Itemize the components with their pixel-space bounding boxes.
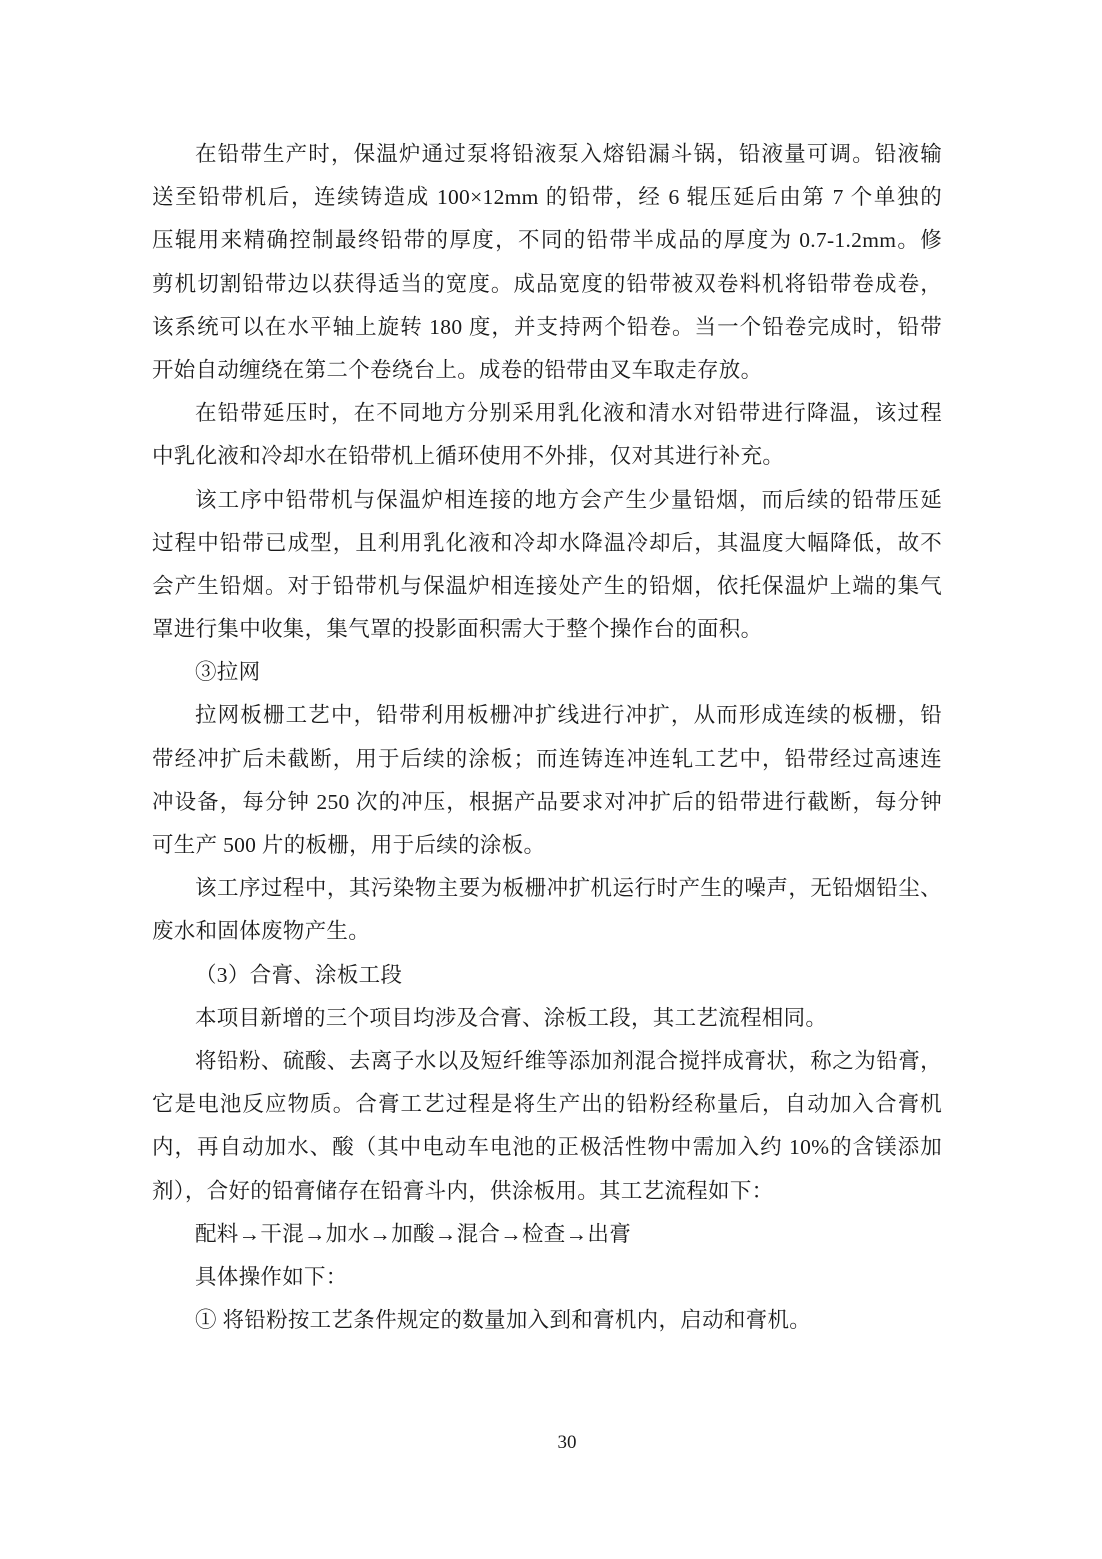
text-line: 配料→干混→加水→加酸→混合→检查→出膏 <box>152 1213 942 1256</box>
text-line: 带经冲扩后未截断，用于后续的涂板；而连铸连冲连轧工艺中，铅带经过高速连 <box>152 738 942 781</box>
text-line: 罩进行集中收集，集气罩的投影面积需大于整个操作台的面积。 <box>152 608 942 651</box>
text-line: 剪机切割铅带边以获得适当的宽度。成品宽度的铅带被双卷料机将铅带卷成卷， <box>152 263 942 306</box>
text-line: 中乳化液和冷却水在铅带机上循环使用不外排，仅对其进行补充。 <box>152 435 942 478</box>
text-line: 该系统可以在水平轴上旋转 180 度，并支持两个铅卷。当一个铅卷完成时，铅带 <box>152 306 942 349</box>
text-line: 会产生铅烟。对于铅带机与保温炉相连接处产生的铅烟，依托保温炉上端的集气 <box>152 565 942 608</box>
text-line: 送至铅带机后，连续铸造成 100×12mm 的铅带，经 6 辊压延后由第 7 个… <box>152 176 942 219</box>
paragraph: 该工序过程中，其污染物主要为板栅冲扩机运行时产生的噪声，无铅烟铅尘、废水和固体废… <box>152 867 942 953</box>
text-line: 拉网板栅工艺中，铅带利用板栅冲扩线进行冲扩，从而形成连续的板栅，铅 <box>152 694 942 737</box>
text-line: 它是电池反应物质。合膏工艺过程是将生产出的铅粉经称量后，自动加入合膏机 <box>152 1083 942 1126</box>
text-line: 内，再自动加水、酸（其中电动车电池的正极活性物中需加入约 10%的含镁添加 <box>152 1126 942 1169</box>
text-line: 过程中铅带已成型，且利用乳化液和冷却水降温冷却后，其温度大幅降低，故不 <box>152 522 942 565</box>
text-line: 具体操作如下： <box>152 1256 942 1299</box>
text-line: 废水和固体废物产生。 <box>152 910 942 953</box>
paragraph: ③拉网 <box>152 651 942 694</box>
document-page: 在铅带生产时，保温炉通过泵将铅液泵入熔铅漏斗锅，铅液量可调。铅液输送至铅带机后，… <box>0 0 1102 1559</box>
text-line: （3）合膏、涂板工段 <box>152 954 942 997</box>
text-line: 冲设备，每分钟 250 次的冲压，根据产品要求对冲扩后的铅带进行截断，每分钟 <box>152 781 942 824</box>
paragraph: 在铅带生产时，保温炉通过泵将铅液泵入熔铅漏斗锅，铅液量可调。铅液输送至铅带机后，… <box>152 133 942 392</box>
text-line: 在铅带生产时，保温炉通过泵将铅液泵入熔铅漏斗锅，铅液量可调。铅液输 <box>152 133 942 176</box>
paragraph: 在铅带延压时，在不同地方分别采用乳化液和清水对铅带进行降温，该过程中乳化液和冷却… <box>152 392 942 478</box>
text-line: 压辊用来精确控制最终铅带的厚度，不同的铅带半成品的厚度为 0.7-1.2mm。修 <box>152 219 942 262</box>
paragraph: 该工序中铅带机与保温炉相连接的地方会产生少量铅烟，而后续的铅带压延过程中铅带已成… <box>152 479 942 652</box>
text-line: 可生产 500 片的板栅，用于后续的涂板。 <box>152 824 942 867</box>
text-line: ③拉网 <box>152 651 942 694</box>
text-line: 开始自动缠绕在第二个卷绕台上。成卷的铅带由叉车取走存放。 <box>152 349 942 392</box>
text-line: ① 将铅粉按工艺条件规定的数量加入到和膏机内，启动和膏机。 <box>152 1299 942 1342</box>
paragraph: 本项目新增的三个项目均涉及合膏、涂板工段，其工艺流程相同。 <box>152 997 942 1040</box>
text-line: 剂），合好的铅膏储存在铅膏斗内，供涂板用。其工艺流程如下： <box>152 1170 942 1213</box>
text-line: 在铅带延压时，在不同地方分别采用乳化液和清水对铅带进行降温，该过程 <box>152 392 942 435</box>
paragraph: 配料→干混→加水→加酸→混合→检查→出膏 <box>152 1213 942 1256</box>
text-line: 本项目新增的三个项目均涉及合膏、涂板工段，其工艺流程相同。 <box>152 997 942 1040</box>
text-line: 该工序中铅带机与保温炉相连接的地方会产生少量铅烟，而后续的铅带压延 <box>152 479 942 522</box>
paragraph: ① 将铅粉按工艺条件规定的数量加入到和膏机内，启动和膏机。 <box>152 1299 942 1342</box>
text-line: 将铅粉、硫酸、去离子水以及短纤维等添加剂混合搅拌成膏状，称之为铅膏， <box>152 1040 942 1083</box>
page-number: 30 <box>0 1430 1102 1456</box>
paragraph: 将铅粉、硫酸、去离子水以及短纤维等添加剂混合搅拌成膏状，称之为铅膏，它是电池反应… <box>152 1040 942 1213</box>
text-line: 该工序过程中，其污染物主要为板栅冲扩机运行时产生的噪声，无铅烟铅尘、 <box>152 867 942 910</box>
paragraph: （3）合膏、涂板工段 <box>152 954 942 997</box>
document-body: 在铅带生产时，保温炉通过泵将铅液泵入熔铅漏斗锅，铅液量可调。铅液输送至铅带机后，… <box>152 133 942 1342</box>
paragraph: 拉网板栅工艺中，铅带利用板栅冲扩线进行冲扩，从而形成连续的板栅，铅带经冲扩后未截… <box>152 694 942 867</box>
paragraph: 具体操作如下： <box>152 1256 942 1299</box>
